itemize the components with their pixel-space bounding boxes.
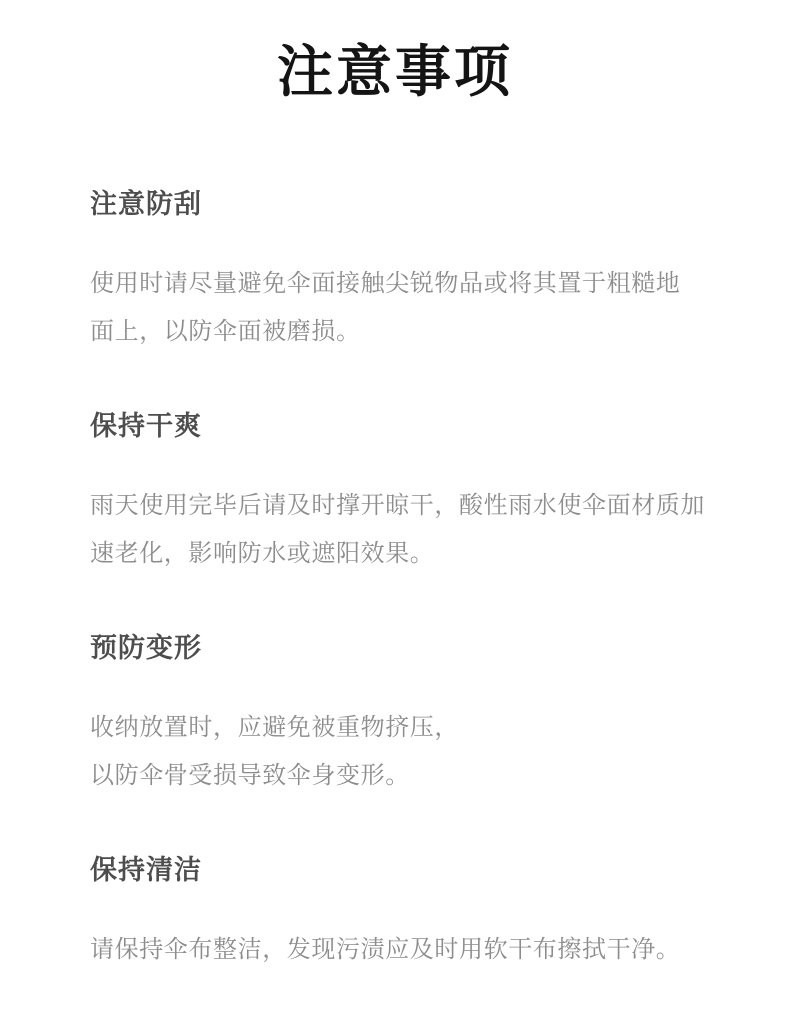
section-body-line: 速老化，影响防水或遮阳效果。 — [90, 530, 702, 578]
section-body-line: 请保持伞布整洁，发现污渍应及时用软干布擦拭干净。 — [90, 926, 702, 974]
section-body-line: 收纳放置时，应避免被重物挤压， — [90, 704, 702, 752]
section-heading: 保持清洁 — [90, 854, 702, 886]
care-instructions-page: 注意事项 注意防刮 使用时请尽量避免伞面接触尖锐物品或将其置于粗糙地 面上，以防… — [0, 0, 790, 1036]
section-keep-clean: 保持清洁 请保持伞布整洁，发现污渍应及时用软干布擦拭干净。 — [90, 854, 702, 974]
section-body: 雨天使用完毕后请及时撑开晾干，酸性雨水使伞面材质加 速老化，影响防水或遮阳效果。 — [90, 482, 702, 578]
section-keep-dry: 保持干爽 雨天使用完毕后请及时撑开晾干，酸性雨水使伞面材质加 速老化，影响防水或… — [90, 410, 702, 578]
page-title: 注意事项 — [0, 0, 790, 104]
section-avoid-scratches: 注意防刮 使用时请尽量避免伞面接触尖锐物品或将其置于粗糙地 面上，以防伞面被磨损… — [90, 188, 702, 356]
section-body: 收纳放置时，应避免被重物挤压， 以防伞骨受损导致伞身变形。 — [90, 704, 702, 800]
section-body-line: 以防伞骨受损导致伞身变形。 — [90, 752, 702, 800]
section-heading: 预防变形 — [90, 632, 702, 664]
section-body: 请保持伞布整洁，发现污渍应及时用软干布擦拭干净。 — [90, 926, 702, 974]
section-heading: 保持干爽 — [90, 410, 702, 442]
section-heading: 注意防刮 — [90, 188, 702, 220]
section-body-line: 使用时请尽量避免伞面接触尖锐物品或将其置于粗糙地 — [90, 260, 702, 308]
section-body-line: 雨天使用完毕后请及时撑开晾干，酸性雨水使伞面材质加 — [90, 482, 702, 530]
section-body: 使用时请尽量避免伞面接触尖锐物品或将其置于粗糙地 面上，以防伞面被磨损。 — [90, 260, 702, 356]
section-body-line: 面上，以防伞面被磨损。 — [90, 308, 702, 356]
section-prevent-deformation: 预防变形 收纳放置时，应避免被重物挤压， 以防伞骨受损导致伞身变形。 — [90, 632, 702, 800]
content-area: 注意防刮 使用时请尽量避免伞面接触尖锐物品或将其置于粗糙地 面上，以防伞面被磨损… — [0, 188, 790, 974]
